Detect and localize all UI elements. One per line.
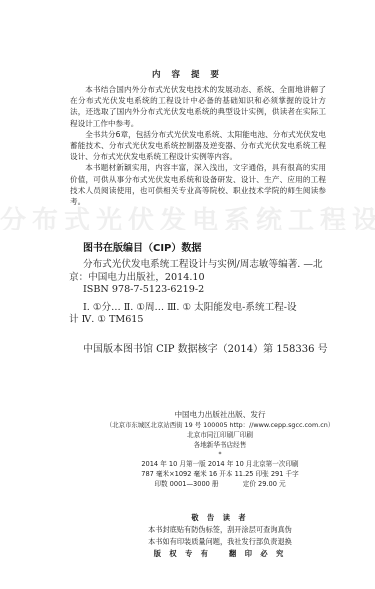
separator-star: *: [70, 450, 370, 459]
print-run: 印数 0001—3000 册: [154, 480, 218, 488]
cip-title-line: 分布式光伏发电系统工程设计与实例/周志敏等编著. —北: [83, 259, 333, 272]
notice-title: 敬 告 读 者: [70, 512, 370, 524]
reader-notice: 敬 告 读 者 本书封底贴有防伪标签，刮开涂层可查询真伪 本书如有印装质量问题，…: [70, 512, 370, 560]
publisher-address: （北京市东城区北京站西街 19 号 100005 http：//www.cepp…: [70, 420, 370, 430]
cip-check-number: 中国版本图书馆 CIP 数据核字（2014）第 158336 号: [83, 340, 328, 355]
publisher: 中国电力出版社出版、发行: [70, 410, 370, 420]
edition: 2014 年 10 月第一版 2014 年 10 月北京第一次印刷: [70, 459, 370, 469]
abstract-body: 本书结合国内外分布式光伏发电技术的发展动态、系统、全面地讲解了在分布式光伏发电系…: [70, 84, 326, 207]
piracy-prohibited: 翻 印 必 究: [229, 549, 286, 558]
colophon: 中国电力出版社出版、发行 （北京市东城区北京站西街 19 号 100005 ht…: [70, 410, 370, 489]
printer: 北京市同江印刷厂印刷: [70, 430, 370, 440]
rights-reserved: 版 权 专 有: [154, 549, 211, 558]
print-run-price: 印数 0001—3000 册 定价 29.00 元: [70, 479, 370, 489]
notice-line: 本书如有印装质量问题，我社发行部负责退换: [70, 536, 370, 548]
abstract-title: 内 容 提 要: [0, 68, 375, 80]
copyright-page: 内 容 提 要 本书结合国内外分布式光伏发电技术的发展动态、系统、全面地讲解了在…: [0, 0, 375, 589]
format: 787 毫米×1092 毫米 16 开本 11.25 印张 291 千字: [70, 469, 370, 479]
rights-statement: 版 权 专 有翻 印 必 究: [70, 548, 370, 560]
cip-classification: 计 Ⅳ. ① TM615: [69, 314, 333, 327]
cip-heading: 图书在版编目（CIP）数据: [83, 239, 201, 254]
abstract-paragraph: 全书共分6章，包括分布式光伏发电系统、太阳能电池、分布式光伏发电蓄能技术、分布式…: [70, 129, 326, 163]
bleed-through-text: 分布式光伏发电系统工程设计与实例: [0, 200, 375, 230]
notice-line: 本书封底贴有防伪标签，刮开涂层可查询真伪: [70, 524, 370, 536]
price: 定价 29.00 元: [243, 480, 286, 488]
cip-classification: Ⅰ. ①分… Ⅱ. ①周… Ⅲ. ① 太阳能发电-系统工程-设: [83, 302, 333, 315]
cip-data: 分布式光伏发电系统工程设计与实例/周志敏等编著. —北 京：中国电力出版社，20…: [83, 259, 333, 327]
abstract-paragraph: 本书结合国内外分布式光伏发电技术的发展动态、系统、全面地讲解了在分布式光伏发电系…: [70, 84, 326, 129]
cip-isbn: ISBN 978-7-5123-6219-2: [83, 284, 333, 297]
distributor: 各地新华书店经售: [70, 440, 370, 450]
cip-title-line: 京：中国电力出版社，2014.10: [69, 272, 333, 285]
